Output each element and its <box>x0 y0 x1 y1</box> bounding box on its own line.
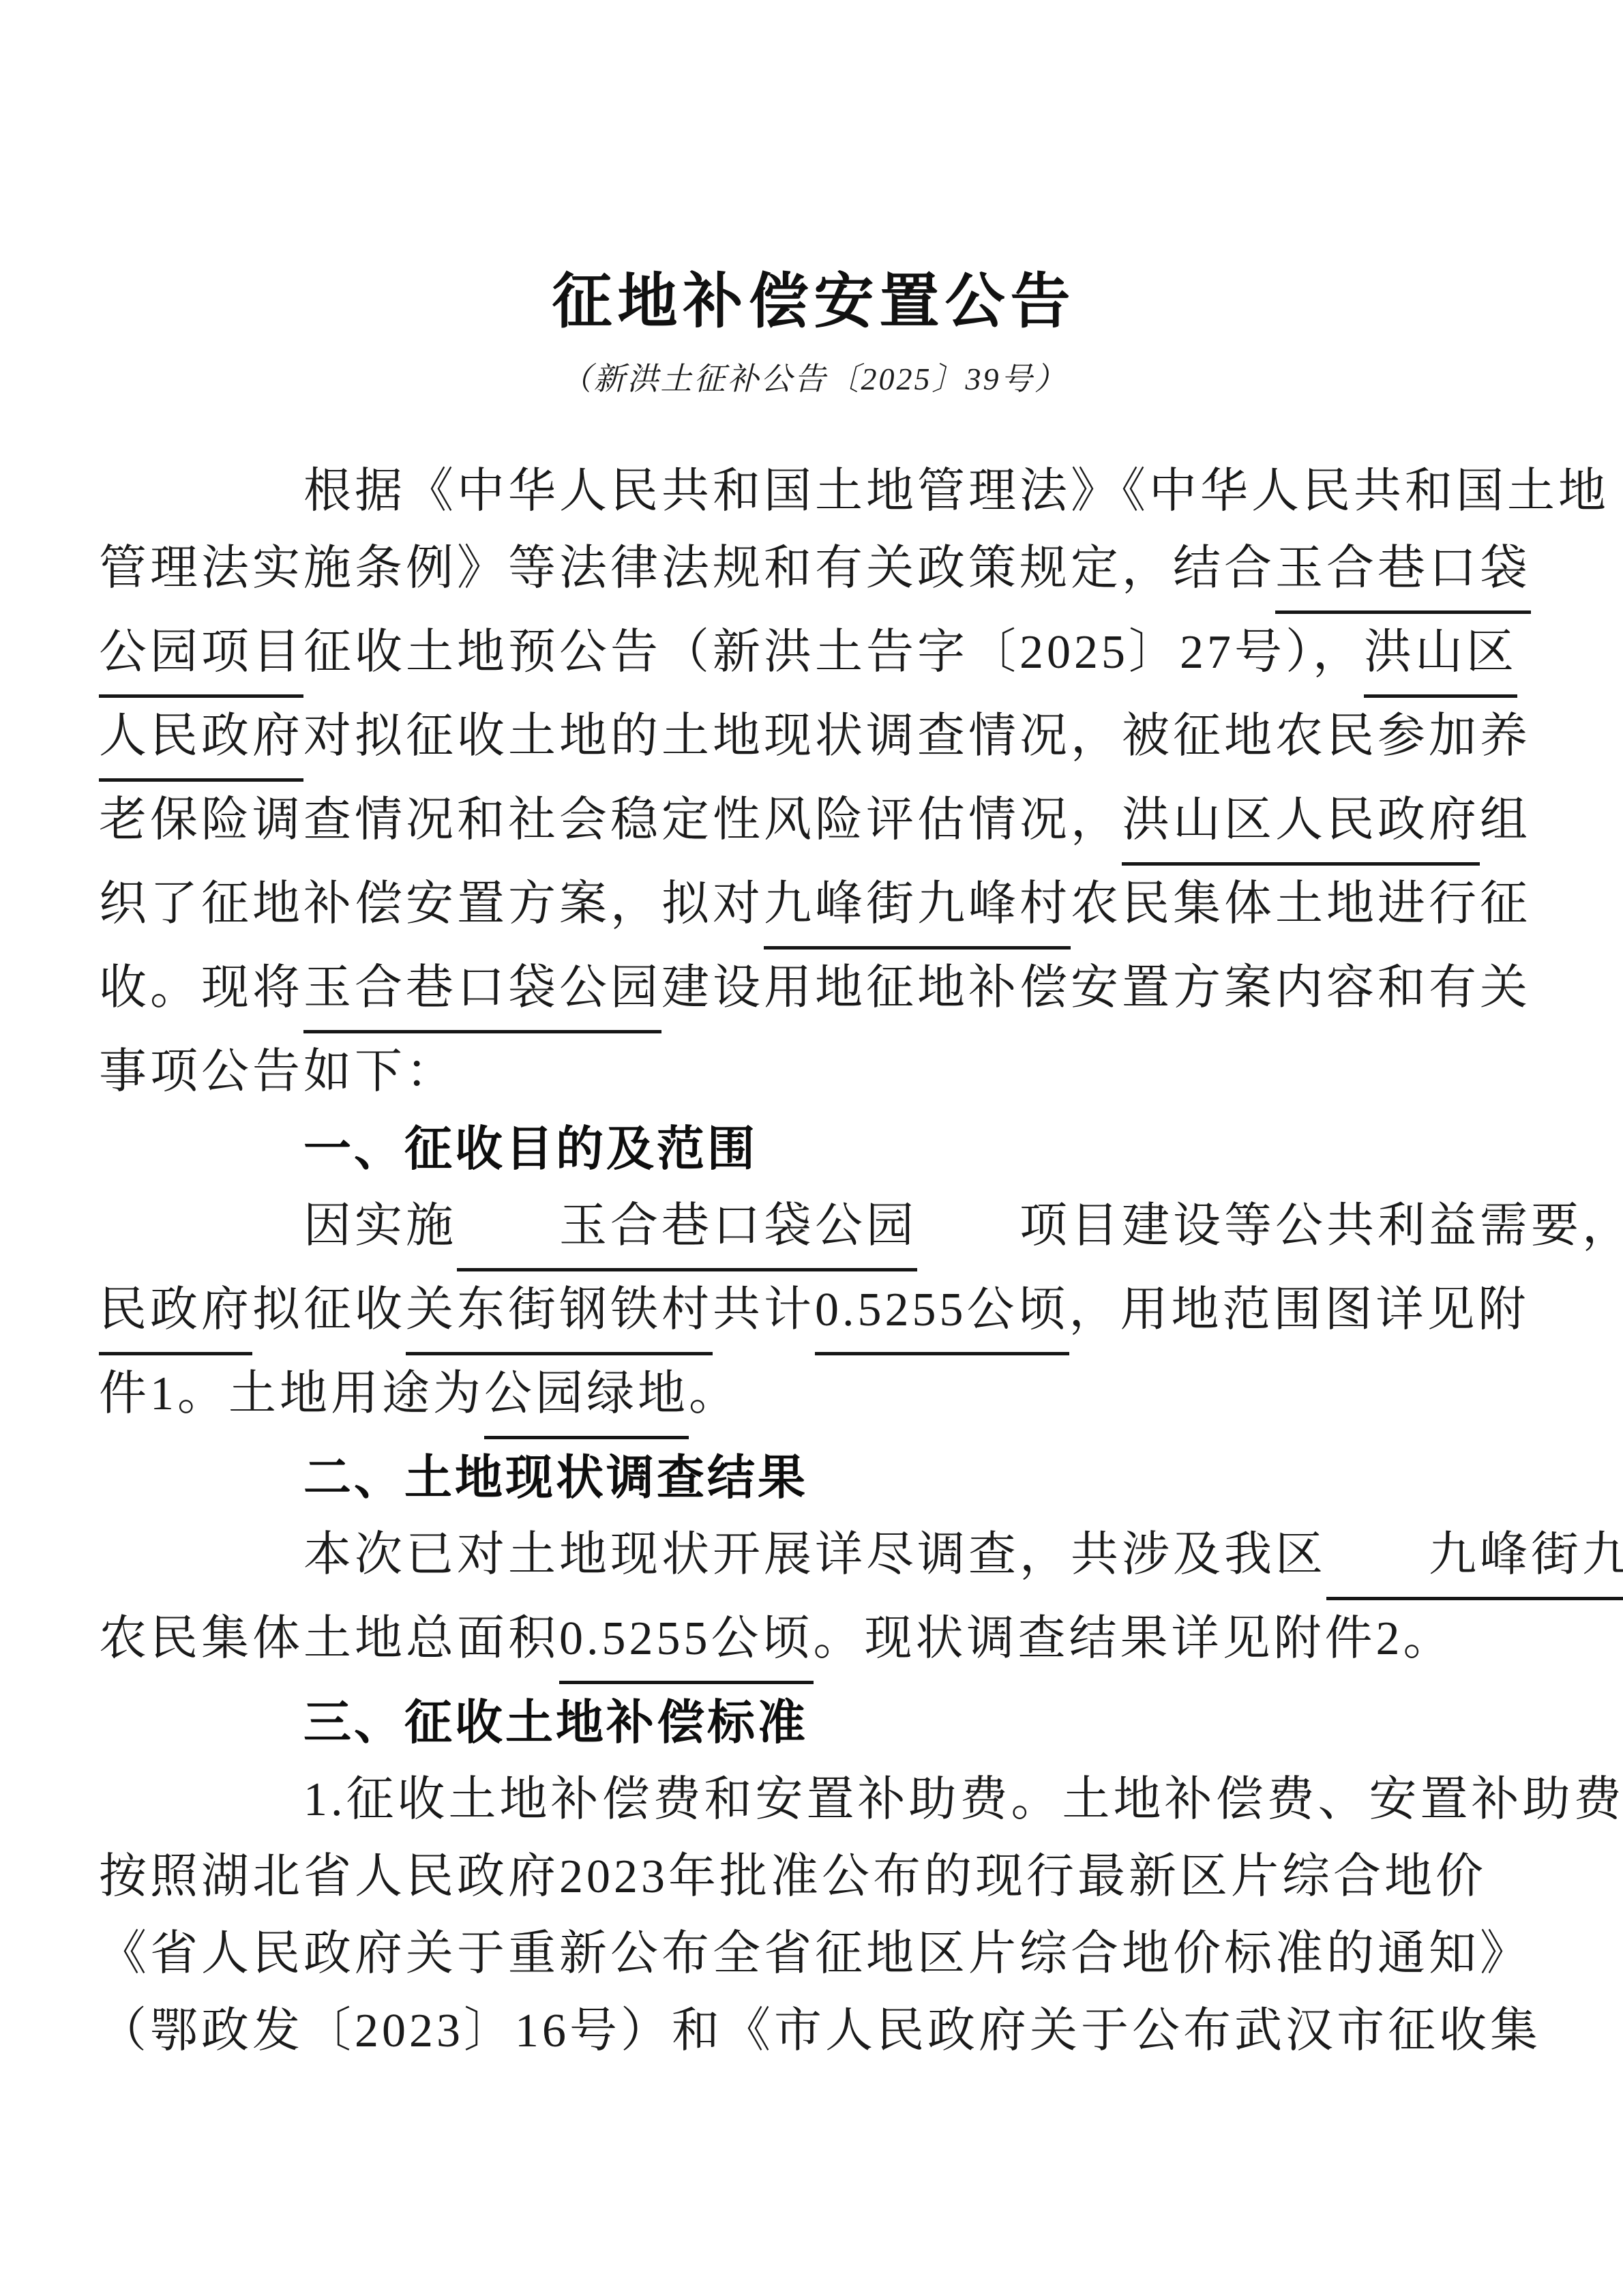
document-content: 征地补偿安置公告 （新洪土征补公告〔2025〕39号） 根据《中华人民共和国土地… <box>99 0 1529 2070</box>
text-line: 件1。土地用途为公园绿地。 <box>99 1355 1529 1439</box>
text-segment: 农民集体土地总面积 <box>99 1600 559 1677</box>
text-line: 本次已对土地现状开展详尽调查，共涉及我区九峰街九峰村 <box>99 1516 1529 1600</box>
underlined-text: 0.5255公顷 <box>815 1271 1069 1355</box>
underlined-text: 人民政府 <box>99 698 303 782</box>
text-segment: 农民集体土地进行征 <box>1071 866 1531 943</box>
text-line: （鄂政发〔2023〕16号）和《市人民政府关于公布武汉市征收集 <box>99 1992 1529 2070</box>
text-line: 织了征地补偿安置方案，拟对九峰街九峰村农民集体土地进行征 <box>99 866 1529 950</box>
underlined-text: 玉合巷口袋 <box>1275 530 1531 614</box>
document-page: 征地补偿安置公告 （新洪土征补公告〔2025〕39号） 根据《中华人民共和国土地… <box>0 0 1623 2296</box>
underlined-text: 玉合巷口袋公园 <box>457 1188 917 1271</box>
underlined-text: 洪山区人民政府 <box>1122 782 1480 866</box>
text-line: 《省人民政府关于重新公布全省征地区片综合地价标准的通知》 <box>99 1915 1529 1992</box>
text-line: 农民集体土地总面积0.5255公顷。现状调查结果详见附件2。 <box>99 1600 1529 1684</box>
text-segment: 1.征收土地补偿费和安置补助费。土地补偿费、安置补助费 <box>201 1761 1623 1838</box>
text-segment: 老保险调查情况和社会稳定性风险评估情况， <box>99 782 1122 859</box>
underlined-text: 九峰街九峰村 <box>764 866 1071 950</box>
text-segment: ，用地范围图详见附 <box>1069 1271 1530 1349</box>
text-segment: 一、征收目的及范围 <box>201 1110 758 1188</box>
text-segment: 项目建设等公共利益需要， <box>917 1188 1623 1265</box>
text-line: 按照湖北省人民政府2023年批准公布的现行最新区片综合地价 <box>99 1838 1529 1915</box>
text-segment: 建设用地征地补偿安置方案内容和有关 <box>661 950 1531 1027</box>
text-segment: 二、土地现状调查结果 <box>201 1439 808 1516</box>
text-segment: 拟征收 <box>252 1271 406 1349</box>
text-segment: 征收土地预公告（新洪土告字〔2025〕27号）， <box>303 614 1364 691</box>
text-segment: （鄂政发〔2023〕16号）和《市人民政府关于公布武汉市征收集 <box>99 1992 1541 2070</box>
text-segment: 管理法实施条例》等法律法规和有关政策规定，结合 <box>99 530 1275 607</box>
doc-number: （新洪土征补公告〔2025〕39号） <box>99 359 1529 400</box>
underlined-text: 民政府 <box>99 1271 252 1355</box>
underlined-text: 关东街钢铁村 <box>406 1271 713 1355</box>
page-title: 征地补偿安置公告 <box>99 0 1529 334</box>
section-heading: 二、土地现状调查结果 <box>99 1439 1529 1516</box>
text-segment: 本次已对土地现状开展详尽调查，共涉及我区 <box>201 1516 1326 1593</box>
section-heading: 一、征收目的及范围 <box>99 1110 1529 1188</box>
text-segment: 织了征地补偿安置方案，拟对 <box>99 866 764 943</box>
text-segment: 共计 <box>713 1271 815 1349</box>
text-line: 收。现将玉合巷口袋公园建设用地征地补偿安置方案内容和有关 <box>99 950 1529 1033</box>
text-segment: 。现状调查结果详见附件2。 <box>814 1600 1455 1677</box>
text-line: 1.征收土地补偿费和安置补助费。土地补偿费、安置补助费 <box>99 1761 1529 1838</box>
text-line: 人民政府对拟征收土地的土地现状调查情况，被征地农民参加养 <box>99 698 1529 782</box>
underlined-text: 洪山区 <box>1364 614 1517 698</box>
text-line: 事项公告如下： <box>99 1033 1529 1110</box>
underlined-text: 0.5255公顷 <box>559 1600 814 1684</box>
text-segment: 三、征收土地补偿标准 <box>201 1684 808 1761</box>
text-line: 根据《中华人民共和国土地管理法》《中华人民共和国土地 <box>99 453 1529 530</box>
text-line: 管理法实施条例》等法律法规和有关政策规定，结合玉合巷口袋 <box>99 530 1529 614</box>
underlined-text: 公园项目 <box>99 614 303 698</box>
underlined-text: 九峰街九峰村 <box>1326 1516 1623 1600</box>
section-heading: 三、征收土地补偿标准 <box>99 1684 1529 1761</box>
document-body: 根据《中华人民共和国土地管理法》《中华人民共和国土地管理法实施条例》等法律法规和… <box>99 453 1529 2070</box>
text-segment: 。 <box>689 1355 740 1432</box>
text-segment: 事项公告如下： <box>99 1033 457 1110</box>
text-line: 因实施玉合巷口袋公园项目建设等公共利益需要，洪山区人 <box>99 1188 1529 1271</box>
text-line: 公园项目征收土地预公告（新洪土告字〔2025〕27号），洪山区 <box>99 614 1529 698</box>
text-segment: 按照湖北省人民政府2023年批准公布的现行最新区片综合地价 <box>99 1838 1487 1915</box>
underlined-text: 公园绿地 <box>484 1355 689 1439</box>
text-segment: 对拟征收土地的土地现状调查情况，被征地农民参加养 <box>303 698 1531 775</box>
text-segment: 根据《中华人民共和国土地管理法》《中华人民共和国土地 <box>201 453 1609 530</box>
text-line: 民政府拟征收关东街钢铁村共计0.5255公顷，用地范围图详见附 <box>99 1271 1529 1355</box>
text-segment: 收。现将 <box>99 950 303 1027</box>
text-segment: 件1。土地用途为 <box>99 1355 484 1432</box>
text-segment: 组 <box>1480 782 1531 859</box>
text-segment: 《省人民政府关于重新公布全省征地区片综合地价标准的通知》 <box>99 1915 1531 1992</box>
text-segment: 因实施 <box>201 1188 457 1265</box>
underlined-text: 玉合巷口袋公园 <box>303 950 661 1033</box>
text-line: 老保险调查情况和社会稳定性风险评估情况，洪山区人民政府组 <box>99 782 1529 866</box>
